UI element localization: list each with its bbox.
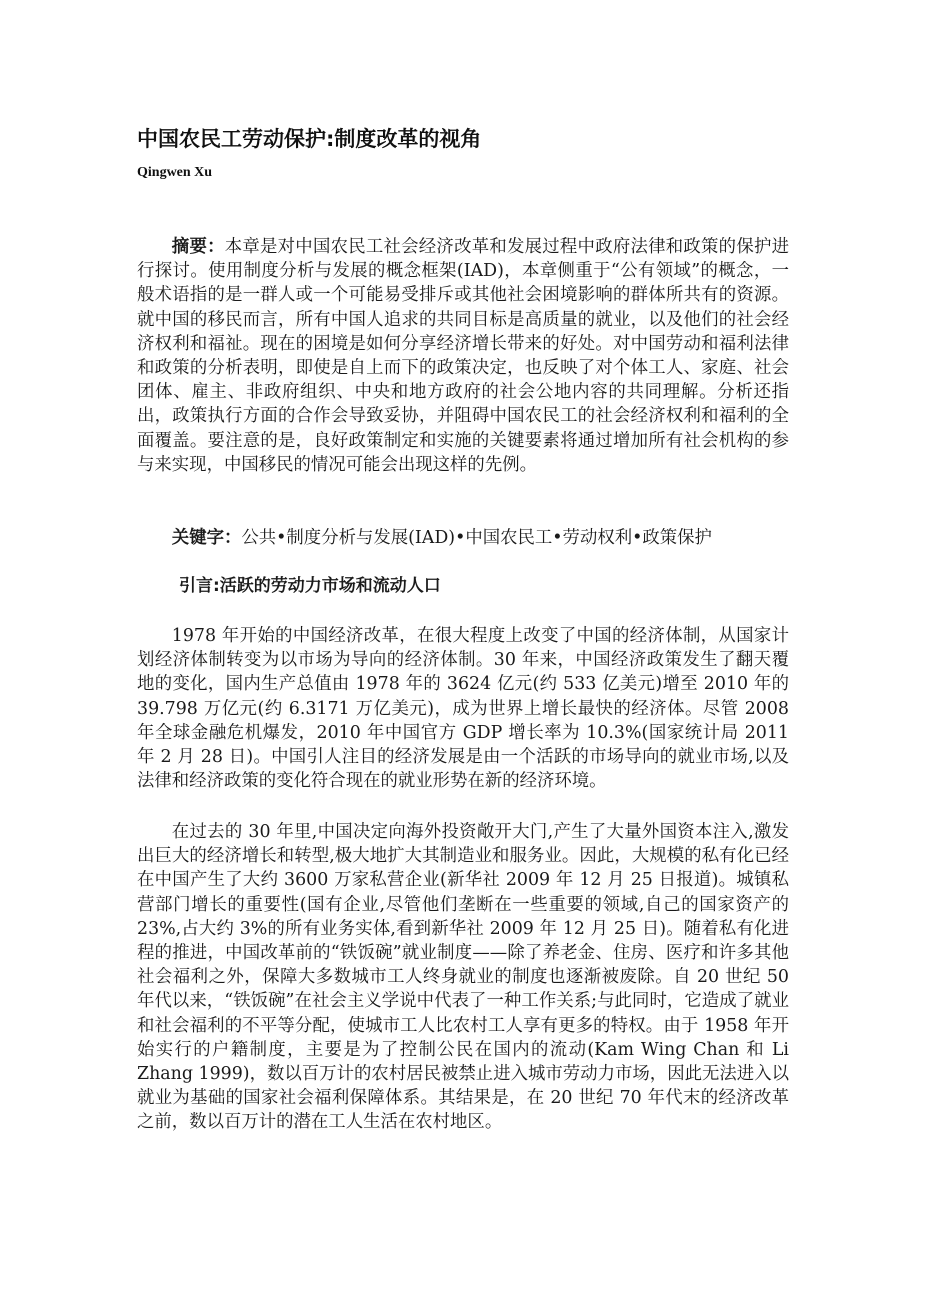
body-paragraph-1: 1978 年开始的中国经济改革，在很大程度上改变了中国的经济体制，从国家计划经济…	[137, 624, 789, 793]
section-heading: 引言:活跃的劳动力市场和流动人口	[179, 573, 441, 599]
keywords-text: 公共•制度分析与发展(IAD)•中国农民工•劳动权利•政策保护	[241, 528, 712, 548]
abstract-paragraph: 摘要：本章是对中国农民工社会经济改革和发展过程中政府法律和政策的保护进行探讨。使…	[137, 235, 789, 477]
abstract-text: 本章是对中国农民工社会经济改革和发展过程中政府法律和政策的保护进行探讨。使用制度…	[137, 237, 789, 475]
document-title: 中国农民工劳动保护:制度改革的视角	[137, 124, 481, 154]
body-paragraph-2: 在过去的 30 年里,中国决定向海外投资敞开大门,产生了大量外国资本注入,激发出…	[137, 820, 789, 1135]
keywords-label: 关键字：	[172, 528, 242, 548]
abstract-label: 摘要：	[172, 237, 225, 257]
author-name: Qingwen Xu	[137, 163, 212, 183]
keywords-paragraph: 关键字：公共•制度分析与发展(IAD)•中国农民工•劳动权利•政策保护	[137, 526, 789, 550]
